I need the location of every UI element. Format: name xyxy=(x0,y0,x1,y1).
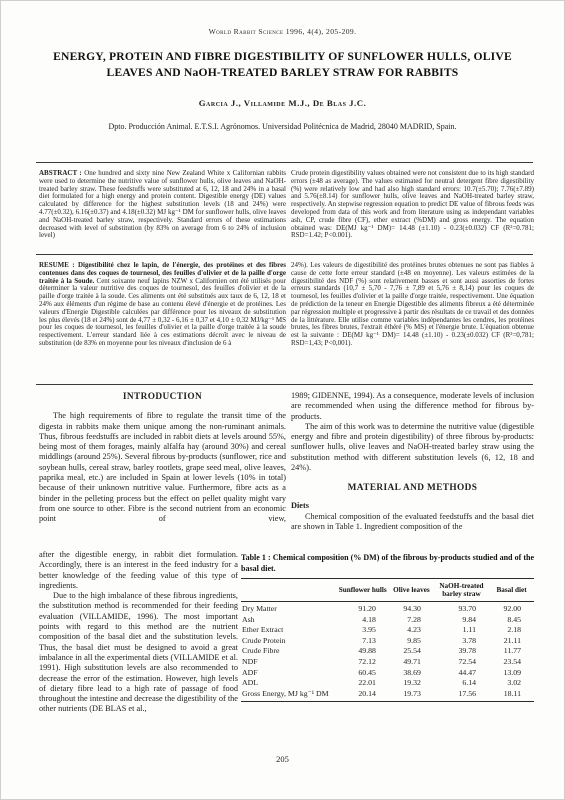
row-label: Crude Protein xyxy=(241,636,336,647)
right-paragraph-1: 1989; GIDENNE, 1994). As a consequence, … xyxy=(291,391,534,422)
table1-col-sunflower: Sunflower hulls xyxy=(336,579,389,602)
table-row: Ether Extract3.954.231.112.18 xyxy=(241,625,534,636)
resume-text-left: Cent soixante neuf lapins NZW x Californ… xyxy=(39,277,286,347)
table-cell: 25.54 xyxy=(389,646,434,657)
intro-paragraph-narrow-1: after the digestible energy, in rabbit d… xyxy=(39,550,238,591)
diets-subheading: Diets xyxy=(291,501,534,511)
table1-header-row: Sunflower hulls Olive leaves NaOH-treate… xyxy=(241,579,534,602)
abstract-text-right: Crude protein digestibility values obtai… xyxy=(291,170,534,239)
table1-body: Dry Matter91.2094.3093.7092.00Ash4.187.2… xyxy=(241,602,534,702)
table-cell: 92.00 xyxy=(489,602,534,615)
table-cell: 39.78 xyxy=(434,646,489,657)
table-row: Crude Protein7.139.853.7821.11 xyxy=(241,636,534,647)
abstract-text-left: One hundred and sixty nine New Zealand W… xyxy=(39,170,286,239)
table-cell: 72.54 xyxy=(434,657,489,668)
table-cell: 21.11 xyxy=(489,636,534,647)
body-column-right: 1989; GIDENNE, 1994). As a consequence, … xyxy=(291,391,534,557)
row-label: ADL xyxy=(241,678,336,689)
table-cell: 72.12 xyxy=(336,657,389,668)
table-cell: 3.02 xyxy=(489,678,534,689)
table-row: Ash4.187.289.848.45 xyxy=(241,615,534,626)
page-number: 205 xyxy=(1,754,564,764)
row-label: Ash xyxy=(241,615,336,626)
divider-top xyxy=(36,162,533,163)
table-row: Dry Matter91.2094.3093.7092.00 xyxy=(241,602,534,615)
introduction-heading: INTRODUCTION xyxy=(39,392,286,402)
table-cell: 7.28 xyxy=(389,615,434,626)
table-cell: 13.09 xyxy=(489,668,534,679)
table-cell: 49.71 xyxy=(389,657,434,668)
table-cell: 94.30 xyxy=(389,602,434,615)
affiliation-line: Dpto. Producción Animal. E.T.S.I. Agróno… xyxy=(1,122,564,131)
divider-resume-body xyxy=(36,384,533,385)
table1-col-basal: Basal diet xyxy=(489,579,534,602)
table1-caption: Table 1 : Chemical composition (% DM) of… xyxy=(241,553,534,574)
table-cell: 2.18 xyxy=(489,625,534,636)
paper-title: ENERGY, PROTEIN AND FIBRE DIGESTIBILITY … xyxy=(37,49,528,80)
right-paragraph-3: Chemical composition of the evaluated fe… xyxy=(291,512,534,533)
row-label: Ether Extract xyxy=(241,625,336,636)
methods-heading: MATERIAL AND METHODS xyxy=(291,483,534,493)
table-cell: 7.13 xyxy=(336,636,389,647)
row-label: NDF xyxy=(241,657,336,668)
table1-block: Table 1 : Chemical composition (% DM) of… xyxy=(241,553,534,702)
table-row: NDF72.1249.7172.5423.54 xyxy=(241,657,534,668)
row-label: Crude Fibre xyxy=(241,646,336,657)
table-cell: 49.88 xyxy=(336,646,389,657)
journal-masthead: World Rabbit Science 1996, 4(4), 205-209… xyxy=(1,27,564,36)
intro-column-narrow: after the digestible energy, in rabbit d… xyxy=(39,550,238,748)
resume-column-right: 24%). Les valeurs de digestibilité des p… xyxy=(291,262,534,382)
table-cell: 19.32 xyxy=(389,678,434,689)
table-cell: 23.54 xyxy=(489,657,534,668)
row-label: ADF xyxy=(241,668,336,679)
table-cell: 18.11 xyxy=(489,689,534,702)
table1: Sunflower hulls Olive leaves NaOH-treate… xyxy=(241,578,534,702)
resume-text-right: 24%). Les valeurs de digestibilité des p… xyxy=(291,262,534,347)
table-cell: 91.20 xyxy=(336,602,389,615)
table-row: Gross Energy, MJ kg⁻¹ DM20.1419.7317.561… xyxy=(241,689,534,702)
table-cell: 1.11 xyxy=(434,625,489,636)
table-cell: 9.85 xyxy=(389,636,434,647)
table-row: ADL22.0119.326.143.02 xyxy=(241,678,534,689)
table-cell: 8.45 xyxy=(489,615,534,626)
intro-paragraph-wide: The high requirements of fibre to regula… xyxy=(39,411,286,524)
table-cell: 3.95 xyxy=(336,625,389,636)
intro-paragraph-narrow-2: Due to the high imbalance of these fibro… xyxy=(39,591,238,715)
table-cell: 6.14 xyxy=(434,678,489,689)
abstract-column-left: ABSTRACT : One hundred and sixty nine Ne… xyxy=(39,170,286,254)
table-cell: 20.14 xyxy=(336,689,389,702)
table-cell: 44.47 xyxy=(434,668,489,679)
table1-col-olive: Olive leaves xyxy=(389,579,434,602)
right-paragraph-2: The aim of this work was to determine th… xyxy=(291,422,534,473)
resume-column-left: RESUME : Digestibilité chez le lapin, de… xyxy=(39,262,286,382)
table-cell: 4.18 xyxy=(336,615,389,626)
table1-col-naoh: NaOH-treated barley straw xyxy=(434,579,489,602)
row-label: Gross Energy, MJ kg⁻¹ DM xyxy=(241,689,336,702)
table1-corner-cell xyxy=(241,579,336,602)
table-cell: 22.01 xyxy=(336,678,389,689)
authors-line: Garcia J., Villamide M.J., De Blas J.C. xyxy=(1,98,564,108)
table-row: Crude Fibre49.8825.5439.7811.77 xyxy=(241,646,534,657)
table-cell: 4.23 xyxy=(389,625,434,636)
scanned-paper-page: World Rabbit Science 1996, 4(4), 205-209… xyxy=(0,0,565,800)
table1-header: Sunflower hulls Olive leaves NaOH-treate… xyxy=(241,579,534,602)
divider-abstract-resume xyxy=(36,254,533,255)
intro-column-wide: INTRODUCTION The high requirements of fi… xyxy=(39,392,286,550)
table-cell: 9.84 xyxy=(434,615,489,626)
table-cell: 60.45 xyxy=(336,668,389,679)
table-cell: 93.70 xyxy=(434,602,489,615)
abstract-column-right: Crude protein digestibility values obtai… xyxy=(291,170,534,254)
table-cell: 11.77 xyxy=(489,646,534,657)
table-cell: 19.73 xyxy=(389,689,434,702)
table-cell: 3.78 xyxy=(434,636,489,647)
row-label: Dry Matter xyxy=(241,602,336,615)
table-cell: 17.56 xyxy=(434,689,489,702)
table-row: ADF60.4538.6944.4713.09 xyxy=(241,668,534,679)
table-cell: 38.69 xyxy=(389,668,434,679)
